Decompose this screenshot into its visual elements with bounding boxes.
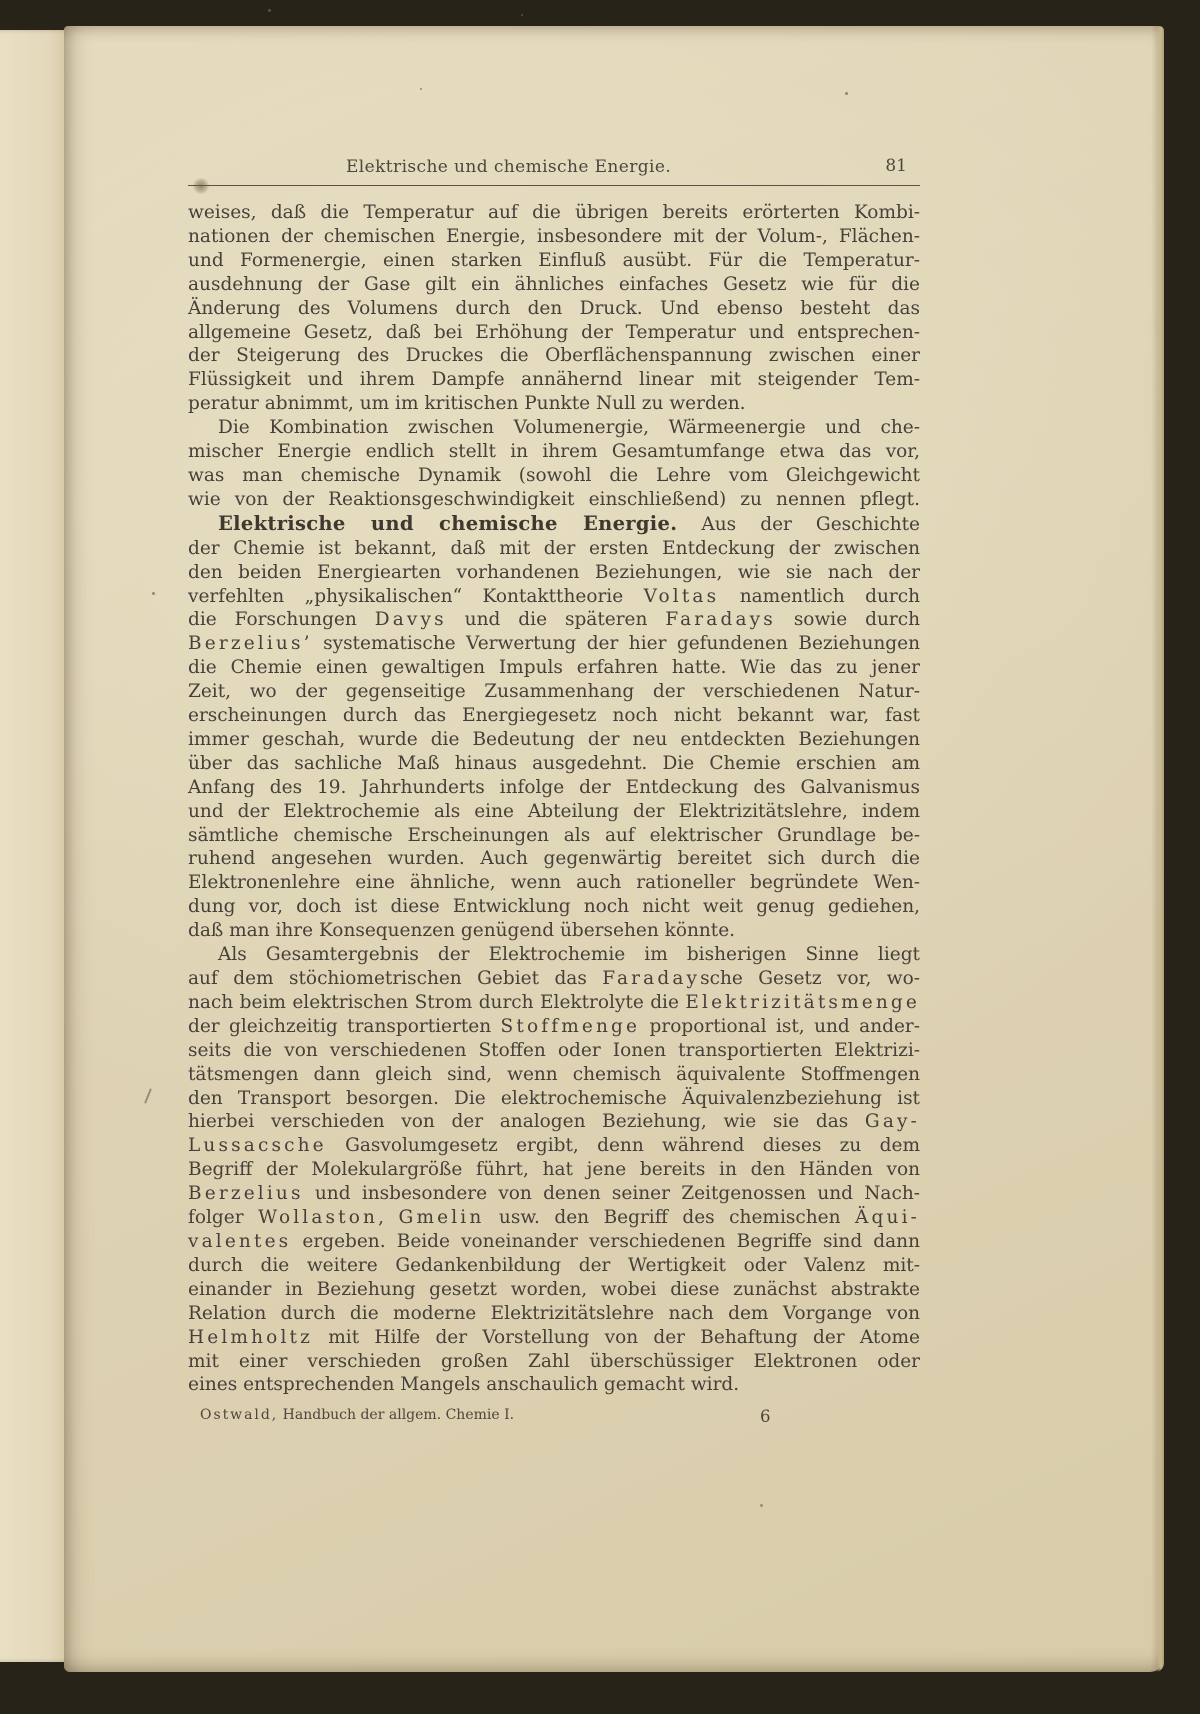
letterspaced-run: Faraday [602, 968, 700, 989]
text-run: nationen der chemischen Energie, insbeso… [188, 226, 920, 247]
text-line: mischer Energie endlich stellt in ihrem … [188, 440, 920, 464]
text-run: Flüssigkeit und ihrem Dampfe annähernd l… [188, 369, 920, 390]
text-run: usw. den Begriff des chemischen [484, 1207, 855, 1228]
text-run: allgemeine Gesetz, daß bei Erhöhung der … [188, 322, 920, 343]
text-line: nach beim elektrischen Strom durch Elekt… [188, 991, 920, 1015]
letterspaced-run: Wollaston [258, 1207, 378, 1228]
text-line: erscheinungen durch das Energiegesetz no… [188, 704, 920, 728]
text-run: nach beim elektrischen Strom durch Elekt… [188, 992, 685, 1013]
text-run: und insbesondere von denen seiner Zeitge… [304, 1183, 920, 1204]
text-run: der gleichzeitig transportierten [188, 1016, 501, 1037]
text-run: die Forschungen [188, 609, 375, 630]
text-line: Begriff der Molekulargröße führt, hat je… [188, 1158, 920, 1182]
text-run: Relation durch die moderne Elektrizitäts… [188, 1303, 920, 1324]
text-run: proportional ist, und ander- [640, 1016, 920, 1037]
letterspaced-run: Elektrizitätsmenge [685, 992, 920, 1013]
text-line: Flüssigkeit und ihrem Dampfe annähernd l… [188, 368, 920, 392]
letterspaced-run: Davys [375, 609, 447, 630]
text-run: und Formenergie, einen starken Einfluß a… [188, 250, 920, 271]
footer-imprint: Ostwald, Handbuch der allgem. Chemie I. [200, 1407, 514, 1423]
text-line: über das sachliche Maß hinaus ausgedehnt… [188, 752, 920, 776]
text-line: Lussacsche Gasvolumgesetz ergibt, denn w… [188, 1134, 920, 1158]
letterspaced-run: Helmholtz [188, 1327, 313, 1348]
text-run: was man chemische Dynamik (sowohl die Le… [188, 465, 920, 486]
text-run: Die Kombination zwischen Volumenergie, W… [218, 417, 920, 438]
letterspaced-run: Stoffmenge [501, 1016, 641, 1037]
text-line: die Forschungen Davys und die späteren F… [188, 608, 920, 632]
text-line: nationen der chemischen Energie, insbeso… [188, 225, 920, 249]
text-run: mit einer verschieden großen Zahl übersc… [188, 1351, 920, 1372]
text-run: den beiden Energiearten vorhandenen Bezi… [188, 562, 920, 583]
text-run: ausdehnung der Gase gilt ein ähnliches e… [188, 274, 920, 295]
text-run: Elektronenlehre eine ähnliche, wenn auch… [188, 872, 920, 893]
text-run: , [378, 1207, 398, 1228]
text-run: einander in Beziehung gesetzt worden, wo… [188, 1279, 920, 1300]
text-line: valentes ergeben. Beide voneinander vers… [188, 1230, 920, 1254]
text-line: durch die weitere Gedankenbildung der We… [188, 1254, 920, 1278]
text-line: Berzelius und insbesondere von denen sei… [188, 1182, 920, 1206]
text-line: die Chemie einen gewaltigen Impuls erfah… [188, 656, 920, 680]
text-run: den Transport besorgen. Die elektrochemi… [188, 1088, 920, 1109]
text-line: verfehlten „physikalischen“ Kontakttheor… [188, 585, 920, 609]
text-line: Relation durch die moderne Elektrizitäts… [188, 1302, 920, 1326]
text-line: den beiden Energiearten vorhandenen Bezi… [188, 561, 920, 585]
text-run: sowie durch [776, 609, 920, 630]
letterspaced-run: Gay- [865, 1111, 920, 1132]
text-run: hierbei verschieden von der analogen Bez… [188, 1111, 865, 1132]
text-line: hierbei verschieden von der analogen Bez… [188, 1110, 920, 1134]
paper-speck [845, 92, 848, 95]
page-body-text: weises, daß die Temperatur auf die übrig… [188, 201, 920, 1397]
letterspaced-run: Berzelius [188, 1183, 304, 1204]
header-title: Elektrische und chemische Energie. [346, 157, 671, 177]
dust-speck [521, 14, 523, 16]
text-line: daß man ihre Konsequenzen genügend übers… [188, 919, 920, 943]
text-run: seits die von verschiedenen Stoffen oder… [188, 1040, 920, 1061]
text-run: daß man ihre Konsequenzen genügend übers… [188, 920, 735, 941]
text-run: wie von der Reaktionsgeschwindigkeit ein… [188, 489, 920, 510]
letterspaced-run: Lussacsche [188, 1135, 327, 1156]
text-line: dung vor, doch ist diese Entwicklung noc… [188, 895, 920, 919]
paragraph: weises, daß die Temperatur auf die übrig… [188, 201, 920, 416]
text-run: tätsmengen dann gleich sind, wenn chemis… [188, 1064, 920, 1085]
text-run: sämtliche chemische Erscheinungen als au… [188, 825, 920, 846]
text-line: Anfang des 19. Jahrhunderts infolge der … [188, 776, 920, 800]
text-run: immer geschah, wurde die Bedeutung der n… [188, 729, 920, 750]
text-run: Gasvolumgesetz ergibt, denn während dies… [327, 1135, 920, 1156]
text-line: und der Elektrochemie als eine Abteilung… [188, 800, 920, 824]
text-line: den Transport besorgen. Die elektrochemi… [188, 1087, 920, 1111]
text-line: was man chemische Dynamik (sowohl die Le… [188, 464, 920, 488]
paragraph: Elektrische und chemische Energie. Aus d… [188, 512, 920, 943]
running-header: Elektrische und chemische Energie. 81 [188, 153, 920, 186]
text-run: Handbuch der allgem. Chemie I. [278, 1407, 514, 1423]
text-run: Begriff der Molekulargröße führt, hat je… [188, 1159, 920, 1180]
paper-speck [760, 1504, 763, 1507]
text-run: sche Gesetz vor, wo- [700, 968, 920, 989]
text-line: eines entsprechenden Mangels anschaulich… [188, 1373, 920, 1397]
text-run: folger [188, 1207, 258, 1228]
text-run: Aus der Geschichte [677, 514, 920, 535]
text-run: die Chemie einen gewaltigen Impuls erfah… [188, 657, 920, 678]
text-line: der Chemie ist bekannt, daß mit der erst… [188, 537, 920, 561]
text-run: der Steigerung des Druckes die Oberfläch… [188, 345, 920, 366]
paper-speck [420, 88, 422, 90]
text-line: Helmholtz mit Hilfe der Vorstellung von … [188, 1326, 920, 1350]
text-run: ruhend angesehen wurden. Auch gegenwärti… [188, 848, 920, 869]
text-run: Anfang des 19. Jahrhunderts infolge der … [188, 777, 920, 798]
text-run: auf dem stöchiometrischen Gebiet das [188, 968, 602, 989]
text-line: peratur abnimmt, um im kritischen Punkte… [188, 392, 920, 416]
letterspaced-run: Faradays [665, 609, 775, 630]
text-run: weises, daß die Temperatur auf die übrig… [188, 202, 920, 223]
text-line: wie von der Reaktionsgeschwindigkeit ein… [188, 488, 920, 512]
text-run: dung vor, doch ist diese Entwicklung noc… [188, 896, 920, 917]
paragraph: Als Gesamtergebnis der Elektrochemie im … [188, 943, 920, 1397]
letterspaced-run: Gmelin [399, 1207, 485, 1228]
margin-mark-slash [144, 1088, 152, 1104]
text-line: und Formenergie, einen starken Einfluß a… [188, 249, 920, 273]
text-line: ruhend angesehen wurden. Auch gegenwärti… [188, 847, 920, 871]
text-line: folger Wollaston, Gmelin usw. den Begrif… [188, 1206, 920, 1230]
dust-speck [268, 9, 271, 12]
text-line: der Steigerung des Druckes die Oberfläch… [188, 344, 920, 368]
text-run: der Chemie ist bekannt, daß mit der erst… [188, 538, 920, 559]
letterspaced-run: valentes [188, 1231, 291, 1252]
text-run: über das sachliche Maß hinaus ausgedehnt… [188, 753, 920, 774]
page-content: Elektrische und chemische Energie. 81 we… [188, 153, 920, 1429]
text-line: seits die von verschiedenen Stoffen oder… [188, 1039, 920, 1063]
text-run: Als Gesamtergebnis der Elektrochemie im … [218, 944, 920, 965]
text-run: und die späteren [447, 609, 666, 630]
text-line: Berzelius’ systematische Verwertung der … [188, 632, 920, 656]
paragraph: Die Kombination zwischen Volumenergie, W… [188, 416, 920, 512]
letterspaced-run: Ostwald, [200, 1407, 278, 1423]
text-line: der gleichzeitig transportierten Stoffme… [188, 1015, 920, 1039]
scan-background: Elektrische und chemische Energie. 81 we… [0, 0, 1200, 1714]
text-run: durch die weitere Gedankenbildung der We… [188, 1255, 920, 1276]
text-run: mit Hilfe der Vorstellung von der Behaft… [313, 1327, 920, 1348]
text-run: Zeit, wo der gegenseitige Zusammenhang d… [188, 681, 920, 702]
text-run: eines entsprechenden Mangels anschaulich… [188, 1374, 739, 1395]
text-line: mit einer verschieden großen Zahl übersc… [188, 1350, 920, 1374]
text-line: Elektronenlehre eine ähnliche, wenn auch… [188, 871, 920, 895]
letterspaced-run: Voltas [644, 586, 720, 607]
text-line: einander in Beziehung gesetzt worden, wo… [188, 1278, 920, 1302]
text-line: ausdehnung der Gase gilt ein ähnliches e… [188, 273, 920, 297]
letterspaced-run: Berzelius’ [188, 633, 313, 654]
text-run: namentlich durch [719, 586, 920, 607]
text-run: peratur abnimmt, um im kritischen Punkte… [188, 393, 746, 414]
text-line: Als Gesamtergebnis der Elektrochemie im … [188, 943, 920, 967]
page-footer: Ostwald, Handbuch der allgem. Chemie I. … [188, 1407, 920, 1429]
text-line: tätsmengen dann gleich sind, wenn chemis… [188, 1063, 920, 1087]
deckle-edge [1151, 26, 1164, 1672]
text-run: ergeben. Beide voneinander verschiedenen… [291, 1231, 920, 1252]
text-line: Änderung des Volumens durch den Druck. U… [188, 297, 920, 321]
text-line: auf dem stöchiometrischen Gebiet das Far… [188, 967, 920, 991]
text-run: systematische Verwertung der hier gefund… [313, 633, 920, 654]
text-run: verfehlten „physikalischen“ Kontakttheor… [188, 586, 644, 607]
bold-run: Elektrische und chemische Energie. [218, 512, 677, 535]
text-line: Elektrische und chemische Energie. Aus d… [188, 512, 920, 537]
text-line: weises, daß die Temperatur auf die übrig… [188, 201, 920, 225]
text-run: und der Elektrochemie als eine Abteilung… [188, 801, 920, 822]
header-page-number: 81 [885, 156, 907, 176]
book-page: Elektrische und chemische Energie. 81 we… [64, 26, 1164, 1672]
text-line: immer geschah, wurde die Bedeutung der n… [188, 728, 920, 752]
text-line: Zeit, wo der gegenseitige Zusammenhang d… [188, 680, 920, 704]
text-run: erscheinungen durch das Energiegesetz no… [188, 705, 920, 726]
text-run: mischer Energie endlich stellt in ihrem … [188, 441, 920, 462]
text-line: allgemeine Gesetz, daß bei Erhöhung der … [188, 321, 920, 345]
letterspaced-run: Äqui- [855, 1207, 920, 1228]
text-run: Änderung des Volumens durch den Druck. U… [188, 298, 920, 319]
margin-mark-dot [152, 592, 155, 595]
text-line: sämtliche chemische Erscheinungen als au… [188, 824, 920, 848]
footer-sheet-number: 6 [760, 1407, 771, 1426]
text-line: Die Kombination zwischen Volumenergie, W… [188, 416, 920, 440]
